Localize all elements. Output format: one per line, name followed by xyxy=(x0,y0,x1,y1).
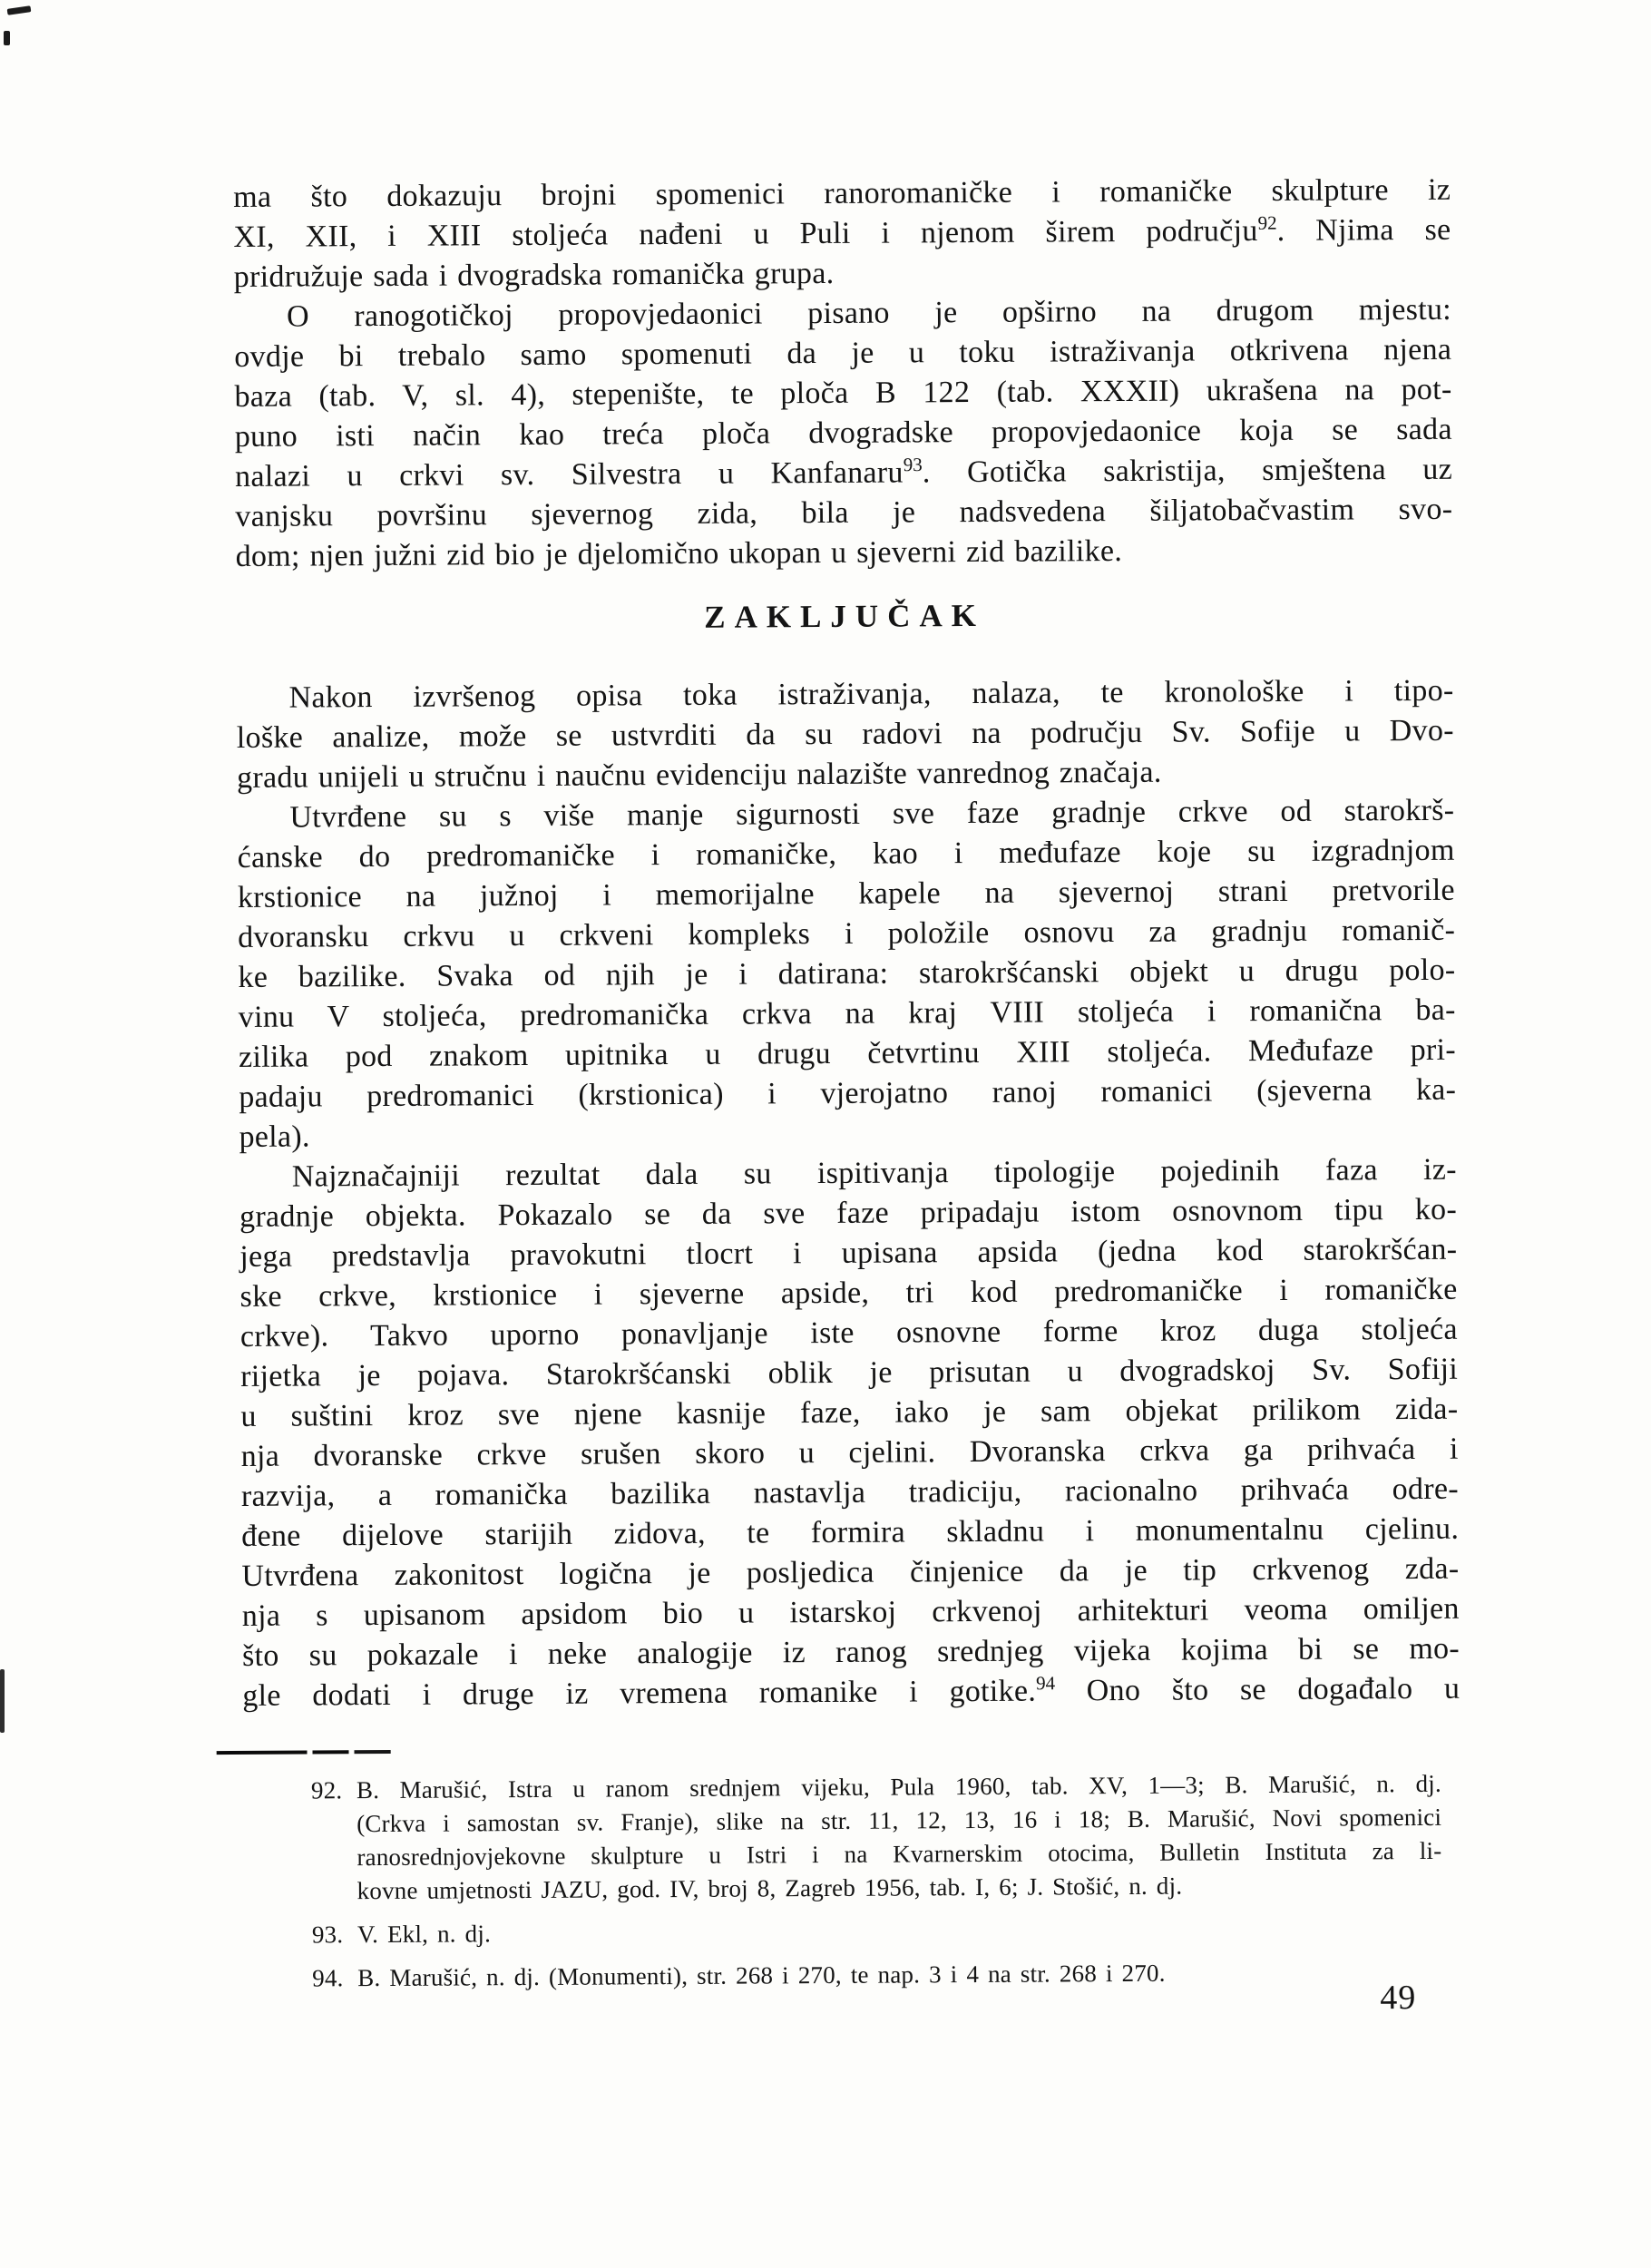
footnote-text: V. Ekl, n. dj. xyxy=(357,1911,1442,1951)
footnote-number: 93. xyxy=(312,1918,357,1951)
paragraph: ma što dokazuju brojni spomenici ranorom… xyxy=(233,171,1451,298)
footnote-line: kovne umjetnosti JAZU, god. IV, broj 8, … xyxy=(357,1868,1442,1908)
footnote-item: 94.B. Marušić, n. dj. (Monumenti), str. … xyxy=(312,1955,1442,1996)
paragraph: Utvrđene su s više manje sigurnosti sve … xyxy=(237,791,1456,1158)
scanned-content: ma što dokazuju brojni spomenici ranorom… xyxy=(0,0,1651,2268)
footnote-line: ranosrednjovjekovne skulpture u Istri i … xyxy=(357,1834,1441,1874)
footnote-line: B. Marušić, n. dj. (Monumenti), str. 268… xyxy=(357,1955,1442,1995)
paragraph: Nakon izvršenog opisa toka istraživanja,… xyxy=(236,671,1454,798)
footnote-line: V. Ekl, n. dj. xyxy=(357,1911,1442,1951)
intro-paragraphs: ma što dokazuju brojni spomenici ranorom… xyxy=(233,171,1453,577)
footnote-separator xyxy=(217,1750,391,1755)
text-line: XI, XII, i XIII stoljeća nađeni u Puli i… xyxy=(233,210,1451,258)
footnote-text: B. Marušić, n. dj. (Monumenti), str. 268… xyxy=(357,1955,1442,1995)
footnote-ref: 92 xyxy=(1257,212,1276,234)
page-number: 49 xyxy=(1380,1978,1416,2018)
footnote-number: 92. xyxy=(311,1774,357,1908)
section-heading: ZAKLJUČAK xyxy=(236,593,1453,640)
text-line: padaju predromanici (krstionica) i vjero… xyxy=(239,1070,1456,1118)
footnote-ref: 94 xyxy=(1036,1672,1055,1694)
paragraph: O ranogotičkoj propovjedaonici pisano je… xyxy=(234,290,1453,577)
footnote-item: 92.B. Marušić, Istra u ranom srednjem vi… xyxy=(311,1767,1442,1909)
text-line: loške analize, može se ustvrditi da su r… xyxy=(237,711,1454,758)
text-line: dom; njen južni zid bio je djelomično uk… xyxy=(235,530,1452,577)
conclusion-paragraphs: Nakon izvršenog opisa toka istraživanja,… xyxy=(236,671,1460,1716)
document-page: ma što dokazuju brojni spomenici ranorom… xyxy=(0,0,1651,2268)
footnote-ref: 93 xyxy=(904,454,923,475)
footnotes-block: 92.B. Marušić, Istra u ranom srednjem vi… xyxy=(311,1767,1443,2006)
footnote-number: 94. xyxy=(312,1961,357,1995)
text-line: vanjsku površinu sjevernog zida, bila je… xyxy=(235,490,1452,537)
body-text: ma što dokazuju brojni spomenici ranorom… xyxy=(233,171,1460,1716)
footnote-item: 93.V. Ekl, n. dj. xyxy=(312,1911,1442,1952)
footnote-text: B. Marušić, Istra u ranom srednjem vijek… xyxy=(357,1767,1442,1908)
text-line: gle dodati i druge iz vremena romanike i… xyxy=(242,1669,1460,1716)
paragraph: Najznačajniji rezultat dala su ispitivan… xyxy=(239,1150,1460,1716)
